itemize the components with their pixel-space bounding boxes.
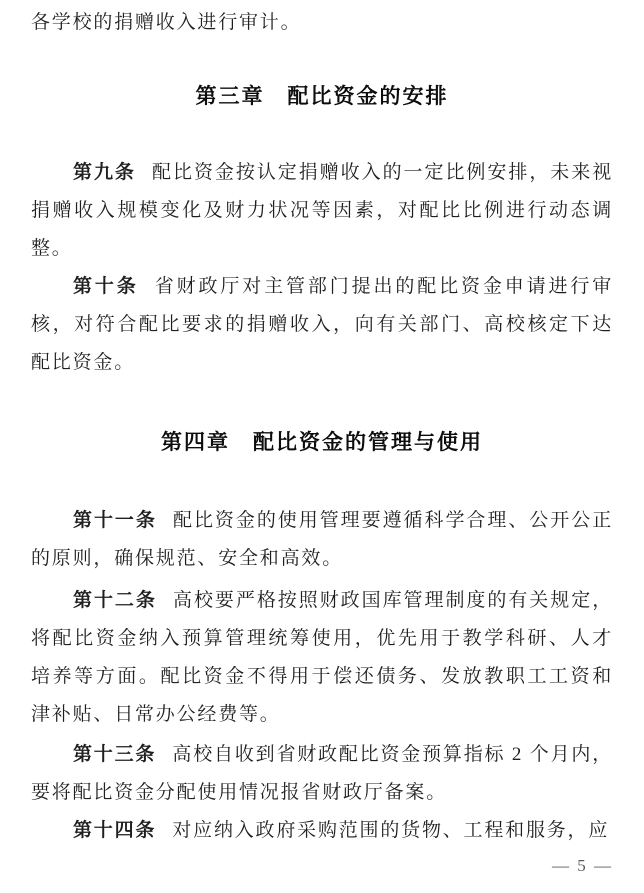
article-13-label: 第十三条 (73, 744, 156, 765)
article-paragraph-11: 第十一条配比资金的使用管理要遵循科学合理、公开公正的原则，确保规范、安全和高效。 (31, 502, 613, 578)
article-paragraph-9: 第九条配比资金按认定捐赠收入的一定比例安排，未来视捐赠收入规模变化及财力状况等因… (31, 154, 613, 268)
article-14-label: 第十四条 (73, 820, 156, 841)
chapter-3-heading: 第三章 配比资金的安排 (31, 78, 613, 116)
article-paragraph-13: 第十三条高校自收到省财政配比资金预算指标 2 个月内，要将配比资金分配使用情况报… (31, 736, 613, 812)
article-11-label: 第十一条 (73, 510, 157, 531)
continuation-paragraph: 各学校的捐赠收入进行审计。 (31, 4, 613, 42)
article-14-text: 对应纳入政府采购范围的货物、工程和服务，应 (172, 820, 609, 841)
article-paragraph-14: 第十四条对应纳入政府采购范围的货物、工程和服务，应 (31, 812, 613, 850)
article-12-label: 第十二条 (73, 590, 157, 611)
chapter-4-heading: 第四章 配比资金的管理与使用 (31, 424, 613, 462)
article-paragraph-12: 第十二条高校要严格按照财政国库管理制度的有关规定，将配比资金纳入预算管理统筹使用… (31, 582, 613, 734)
article-9-label: 第九条 (73, 162, 136, 183)
page-number: — 5 — (31, 854, 613, 878)
article-10-label: 第十条 (73, 276, 139, 297)
article-paragraph-10: 第十条省财政厅对主管部门提出的配比资金申请进行审核，对符合配比要求的捐赠收入，向… (31, 268, 613, 382)
document-page: 各学校的捐赠收入进行审计。 第三章 配比资金的安排 第九条配比资金按认定捐赠收入… (0, 0, 644, 893)
